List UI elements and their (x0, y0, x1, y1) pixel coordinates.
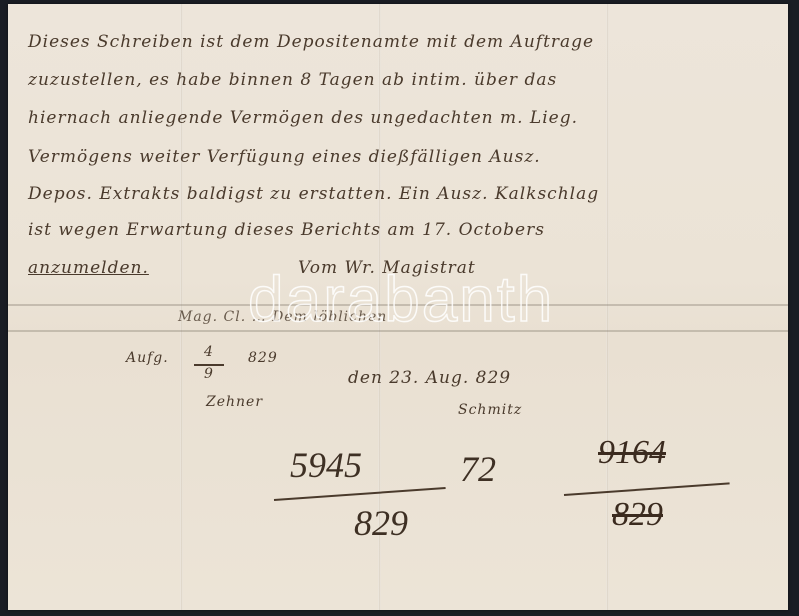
body-line-4: Vermögens weiter Verfügung eines dießfäl… (28, 147, 541, 167)
body-line-1: Dieses Schreiben ist dem Depositenamte m… (28, 32, 594, 52)
body-line-3: hiernach anliegende Vermögen des ungedac… (28, 108, 578, 128)
note-fraction-bottom: 9 (204, 366, 214, 382)
number-bottom: 829 (354, 502, 408, 544)
note-label: Aufg. (126, 350, 169, 366)
crossed-number-bar (564, 482, 730, 496)
note-signature: Zehner (206, 394, 263, 410)
note-fraction-top: 4 (204, 344, 214, 360)
number-bar (274, 487, 446, 501)
body-line-7: anzumelden. (28, 258, 149, 278)
crossed-number-bottom: 829 (612, 496, 663, 534)
center-signature: Schmitz (458, 402, 522, 418)
crossed-number-top: 9164 (598, 434, 666, 472)
date-line: den 23. Aug. 829 (348, 368, 511, 388)
note-year: 829 (248, 350, 278, 366)
fold-crease-vertical (606, 4, 609, 610)
body-line-6: ist wegen Erwartung dieses Berichts am 1… (28, 220, 545, 240)
watermark: darabanth (248, 262, 554, 336)
body-line-2: zuzustellen, es habe binnen 8 Tagen ab i… (28, 70, 557, 90)
document-paper: Dieses Schreiben ist dem Depositenamte m… (8, 4, 788, 610)
body-line-5: Depos. Extrakts baldigst zu erstatten. E… (28, 184, 599, 204)
fold-crease-vertical (180, 4, 183, 610)
number-top: 5945 (290, 444, 362, 486)
number-middle: 72 (460, 448, 496, 490)
